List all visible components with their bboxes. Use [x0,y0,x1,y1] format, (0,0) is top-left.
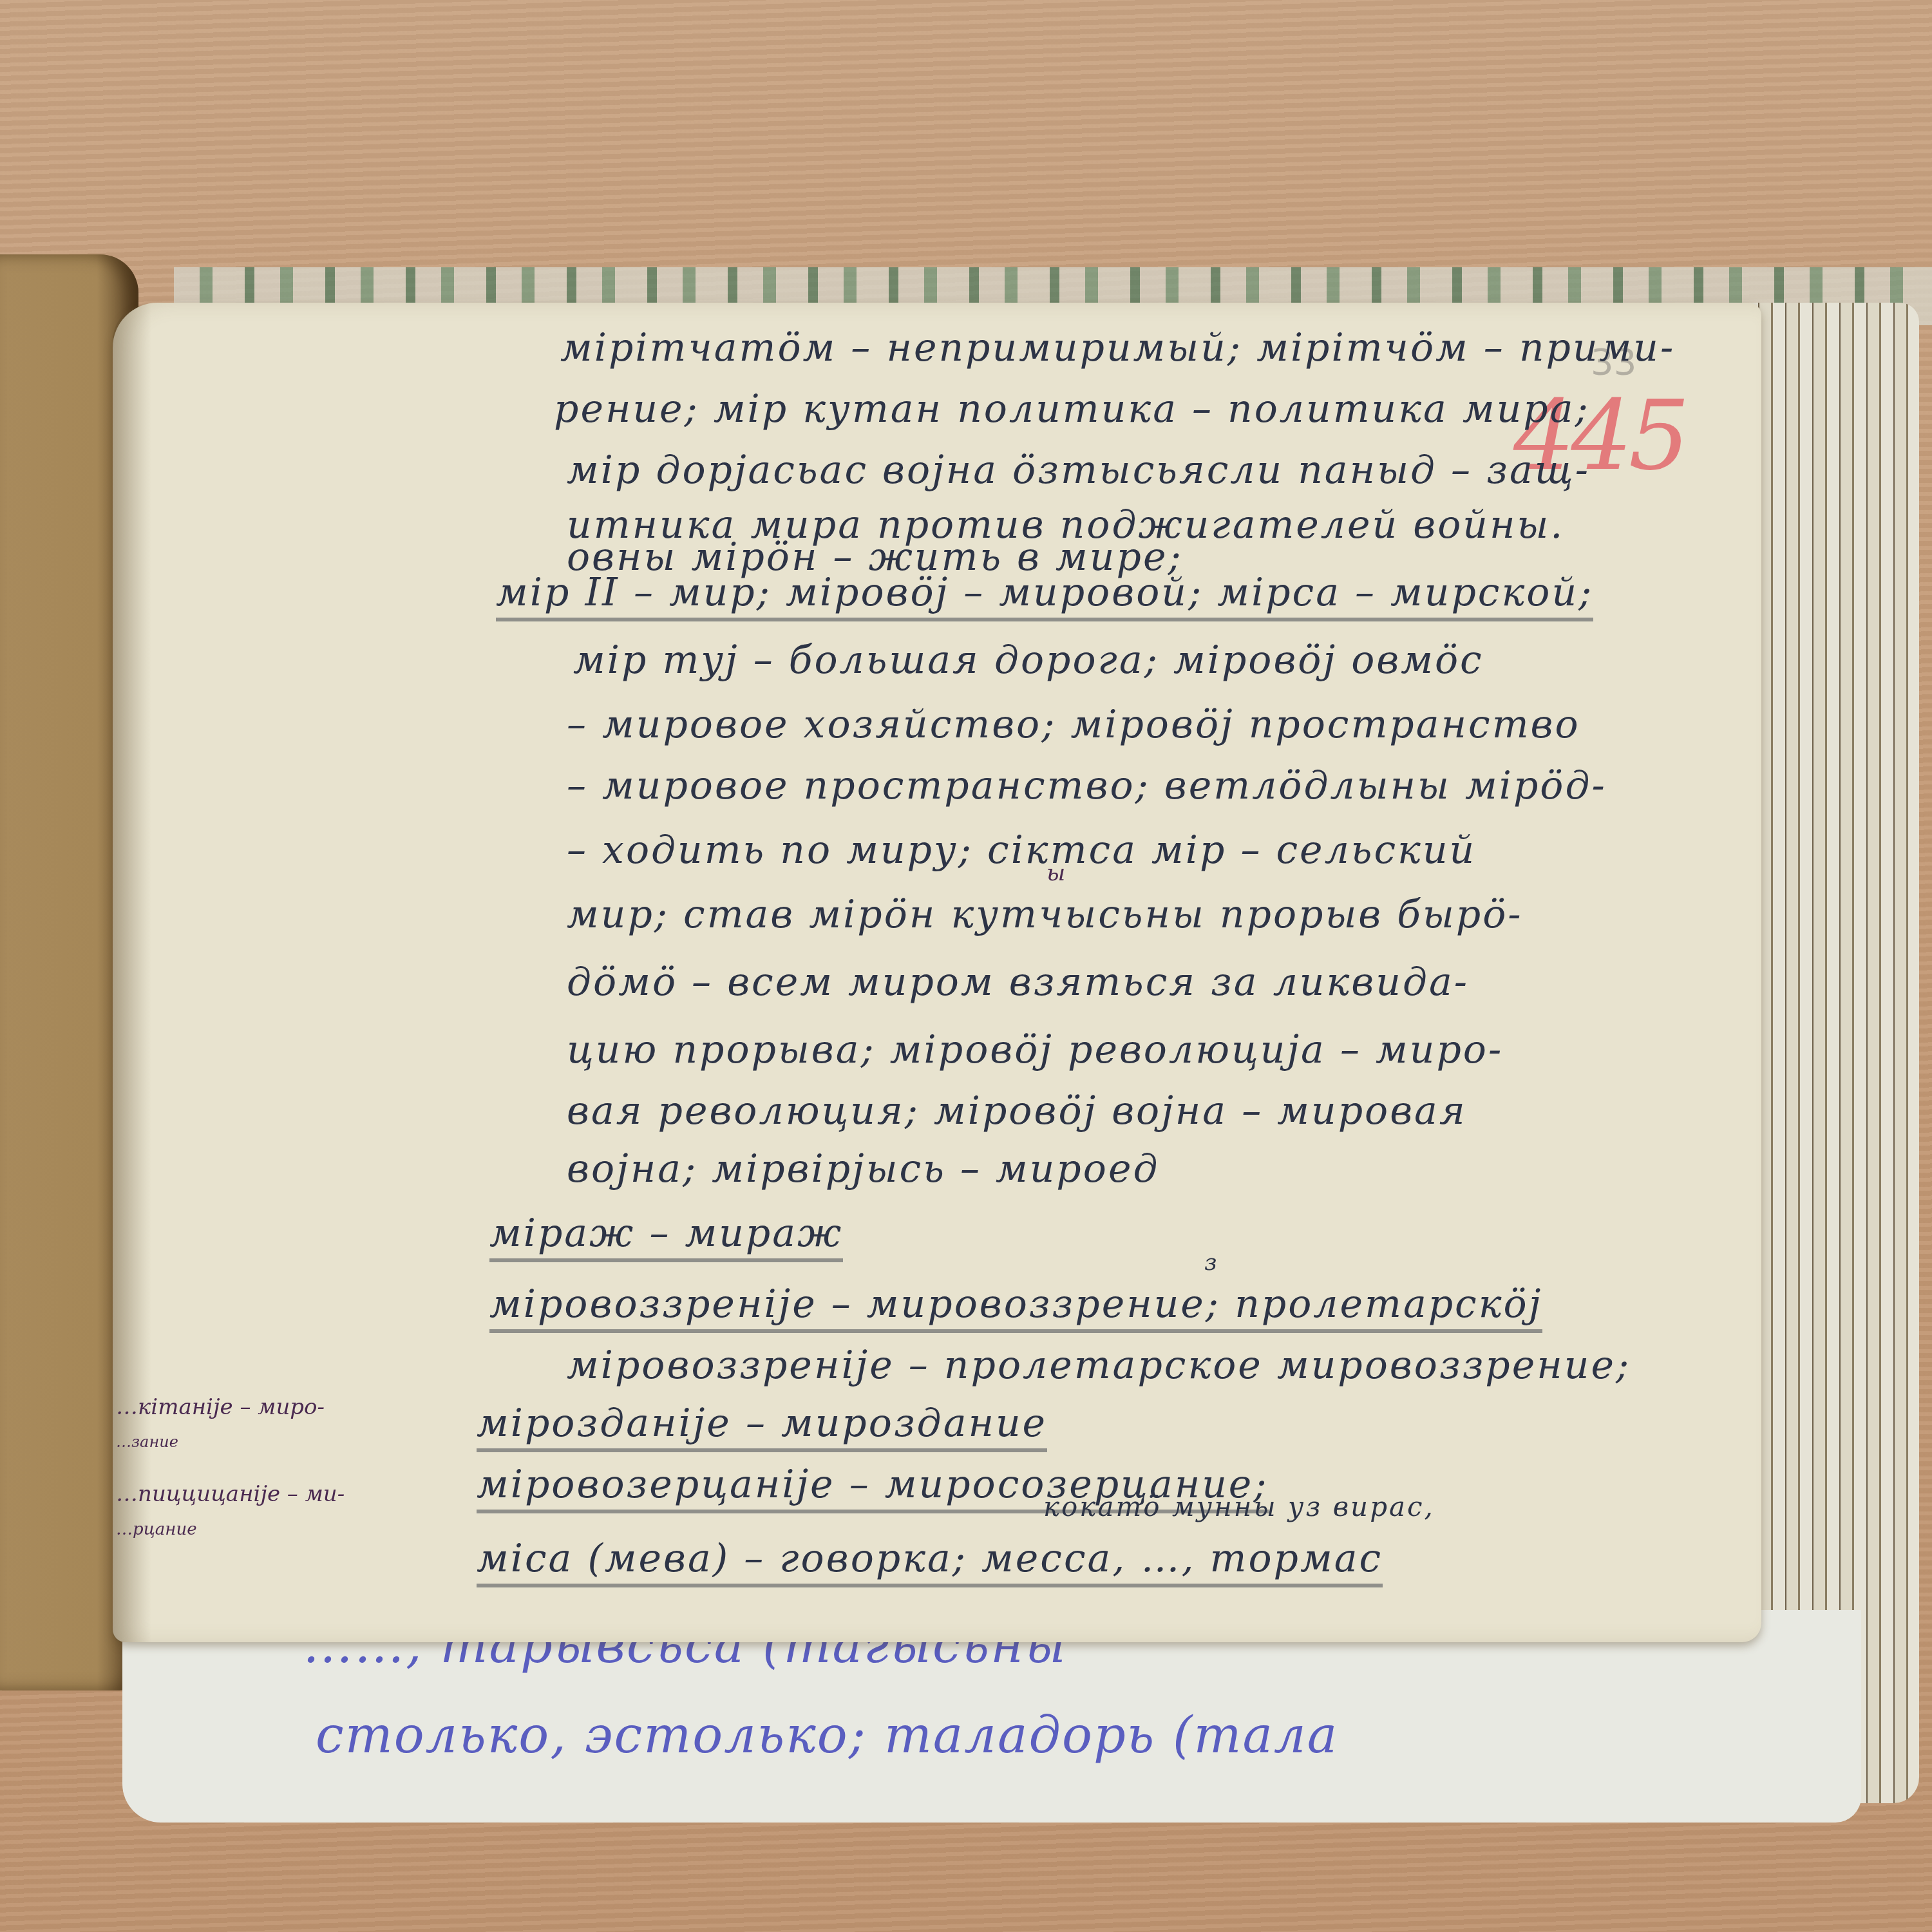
manuscript-line: мiр дорјасьас вoјна öзтысьясли паныд – з… [567,448,1590,493]
dictionary-entry-mirovozzrenie: мiровоззренiје – мировоззрение; пролетар… [489,1282,1542,1333]
margin-note: …пиццицанiје – ми- [116,1481,345,1507]
manuscript-line: – ходить по миру; сiктса мiр – сельский [567,828,1476,873]
superscript-correction: ы [1046,860,1067,886]
manuscript-line: мир; став мiрöн кутчысьны прорыв бырö- [567,892,1523,937]
manuscript-line: – мировое пространство; ветлöдлыны мiрöд… [567,763,1607,808]
manuscript-line: мiрiтчатöм – непримиримый; мiрiтчöм – пр… [560,325,1675,370]
dictionary-entry-mirazh: мiраж – мираж [489,1211,843,1262]
dictionary-entry-mir-ii: мiр II – мир; мiровöј – мировой; мiрса –… [496,570,1593,621]
margin-note: …рцание [116,1520,197,1539]
manuscript-line: цию прорыва; мiровöј революцијa – миро- [567,1027,1503,1072]
manuscript-line: дöмö – всем миром взяться за ликвида- [567,960,1469,1005]
manuscript-line: вая революция; мiровöј воjна – мировая [567,1088,1467,1133]
superscript-correction: з [1204,1249,1219,1276]
interlinear-note: кокатö мунны уз вирас, [1043,1491,1435,1522]
manuscript-line: рение; мiр кутан политика – политика мир… [554,386,1590,431]
margin-note: …зание [116,1433,178,1451]
dictionary-entry-misa: мiса (мева) – говорка; месса, …, тормас [477,1536,1383,1587]
manuscript-line: – мировое хозяйство; мiровöј пространств… [567,702,1580,747]
manuscript-line: мiр туј – большая дорога; мiровöј овмöс [573,638,1484,683]
manuscript-line: мiровоззренiје – пролетарское мировоззре… [567,1343,1631,1388]
under-sheet-line: столько, эстолько; таладорь (тала [316,1707,1338,1765]
dictionary-entry-mirozdanie: мiрозданiје – мироздание [477,1401,1047,1452]
manuscript-line: воjна; мiрвiрјысь – мироед [567,1146,1159,1191]
margin-note: …кiтанiјe – миро- [116,1394,325,1420]
